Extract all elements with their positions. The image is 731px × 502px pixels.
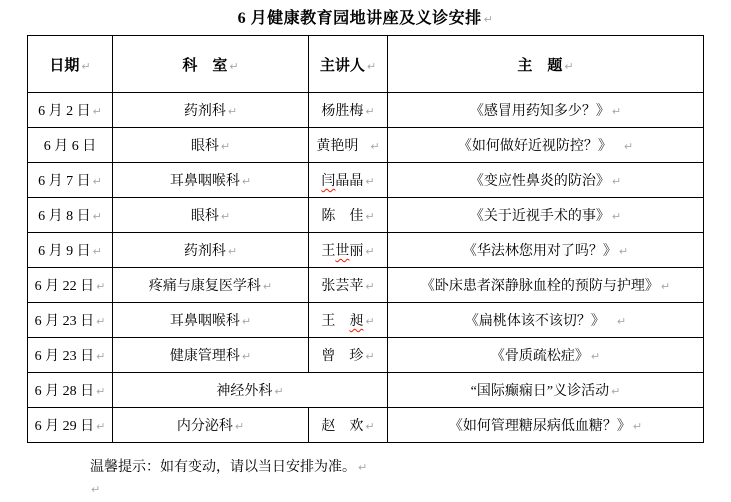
cell-date[interactable]: 6 月 28 日↵ [28,373,113,408]
cell-dept[interactable]: 耳鼻咽喉科↵ [113,163,309,198]
paragraph-mark-icon: ↵ [367,60,376,73]
paragraph-mark-icon: ↵ [242,315,251,328]
spellcheck-underline: 世 [335,244,349,259]
title-text: 6 月健康教育园地讲座及义诊安排 [238,10,482,27]
cell-dept[interactable]: 眼科↵ [113,198,309,233]
paragraph-mark-icon: ↵ [365,280,374,293]
cell-topic[interactable]: 《华法林您用对了吗？》↵ [388,233,704,268]
paragraph-mark-icon: ↵ [365,105,374,118]
table-row: 6 月 22 日↵ 疼痛与康复医学科↵ 张芸苹↵ 《卧床患者深静脉血栓的预防与护… [28,268,704,303]
cell-speaker[interactable]: 黄艳明↵ [309,128,388,163]
cell-dept[interactable]: 药剂科↵ [113,93,309,128]
cell-date[interactable]: 6 月 29 日↵ [28,408,113,443]
document-title[interactable]: 6 月健康教育园地讲座及义诊安排↵ [0,5,731,28]
paragraph-mark-icon: ↵ [228,245,237,258]
header-dept[interactable]: 科 室↵ [113,36,309,93]
cell-date[interactable]: 6 月 9 日↵ [28,233,113,268]
cell-topic[interactable]: 《如何管理糖尿病低血糖？》↵ [388,408,704,443]
paragraph-mark-icon: ↵ [365,245,374,258]
spellcheck-underline: 闫 [321,174,335,189]
paragraph-mark-icon: ↵ [228,105,237,118]
paragraph-mark-icon: ↵ [611,385,620,398]
paragraph-mark-icon: ↵ [358,461,367,474]
table-row: 6 月 7 日↵ 耳鼻咽喉科↵ 闫晶晶↵ 《变应性鼻炎的防治》↵ [28,163,704,198]
empty-paragraph[interactable]: ↵ [89,480,100,498]
paragraph-mark-icon: ↵ [365,175,374,188]
paragraph-mark-icon: ↵ [242,350,251,363]
table-row: 6 月 8 日↵ 眼科↵ 陈 佳↵ 《关于近视手术的事》↵ [28,198,704,233]
cell-date[interactable]: 6 月 22 日↵ [28,268,113,303]
cell-topic[interactable]: 《感冒用药知多少？》↵ [388,93,704,128]
paragraph-mark-icon: ↵ [612,175,621,188]
paragraph-mark-icon: ↵ [91,483,100,496]
header-topic[interactable]: 主 题↵ [388,36,704,93]
table-row: 6 月 29 日↵ 内分泌科↵ 赵 欢↵ 《如何管理糖尿病低血糖？》↵ [28,408,704,443]
spellcheck-underline: 昶 [349,314,363,329]
cell-dept-merged[interactable]: 神经外科↵ [113,373,388,408]
cell-speaker[interactable]: 王 昶↵ [309,303,388,338]
paragraph-mark-icon: ↵ [96,280,105,293]
paragraph-mark-icon: ↵ [221,210,230,223]
paragraph-mark-icon: ↵ [93,105,102,118]
paragraph-mark-icon: ↵ [370,140,379,153]
cell-date[interactable]: 6 月 2 日↵ [28,93,113,128]
paragraph-mark-icon: ↵ [661,280,670,293]
footer-note[interactable]: 温馨提示：如有变动，请以当日安排为准。↵ [90,456,367,476]
header-date[interactable]: 日期↵ [28,36,113,93]
paragraph-mark-icon: ↵ [274,385,283,398]
paragraph-mark-icon: ↵ [93,210,102,223]
cell-topic[interactable]: 《如何做好近视防控？》↵ [388,128,704,163]
cell-date[interactable]: 6 月 23 日↵ [28,338,113,373]
table-row: 6 月 28 日↵ 神经外科↵ “国际癫痫日”义诊活动↵ [28,373,704,408]
cell-dept[interactable]: 疼痛与康复医学科↵ [113,268,309,303]
document-page: 6 月健康教育园地讲座及义诊安排↵ 日期↵ 科 室↵ 主讲人↵ 主 题↵ 6 月… [0,0,731,502]
paragraph-mark-icon: ↵ [81,60,90,73]
paragraph-mark-icon: ↵ [229,60,238,73]
cell-speaker[interactable]: 杨胜梅↵ [309,93,388,128]
paragraph-mark-icon: ↵ [624,140,633,153]
table-row: 6 月 9 日↵ 药剂科↵ 王世丽↵ 《华法林您用对了吗？》↵ [28,233,704,268]
cell-dept[interactable]: 健康管理科↵ [113,338,309,373]
cell-speaker[interactable]: 闫晶晶↵ [309,163,388,198]
paragraph-mark-icon: ↵ [365,350,374,363]
paragraph-mark-icon: ↵ [612,210,621,223]
paragraph-mark-icon: ↵ [96,315,105,328]
cell-date[interactable]: 6 月 6 日 [28,128,113,163]
paragraph-mark-icon: ↵ [617,315,626,328]
paragraph-mark-icon: ↵ [619,245,628,258]
schedule-table: 日期↵ 科 室↵ 主讲人↵ 主 题↵ 6 月 2 日↵ 药剂科↵ 杨胜梅↵ 《感… [27,35,704,443]
cell-dept[interactable]: 耳鼻咽喉科↵ [113,303,309,338]
paragraph-mark-icon: ↵ [633,420,642,433]
cell-speaker[interactable]: 曾 珍↵ [309,338,388,373]
cell-topic[interactable]: 《变应性鼻炎的防治》↵ [388,163,704,198]
cell-speaker[interactable]: 王世丽↵ [309,233,388,268]
table-row: 6 月 6 日 眼科↵ 黄艳明↵ 《如何做好近视防控？》↵ [28,128,704,163]
paragraph-mark-icon: ↵ [591,350,600,363]
paragraph-mark-icon: ↵ [263,280,272,293]
cell-topic[interactable]: 《骨质疏松症》↵ [388,338,704,373]
cell-date[interactable]: 6 月 8 日↵ [28,198,113,233]
paragraph-mark-icon: ↵ [612,105,621,118]
paragraph-mark-icon: ↵ [93,245,102,258]
paragraph-mark-icon: ↵ [93,175,102,188]
paragraph-mark-icon: ↵ [96,350,105,363]
cell-speaker[interactable]: 陈 佳↵ [309,198,388,233]
paragraph-mark-icon: ↵ [564,60,573,73]
paragraph-mark-icon: ↵ [235,420,244,433]
cell-date[interactable]: 6 月 7 日↵ [28,163,113,198]
cell-dept[interactable]: 药剂科↵ [113,233,309,268]
cell-date[interactable]: 6 月 23 日↵ [28,303,113,338]
table-row: 6 月 2 日↵ 药剂科↵ 杨胜梅↵ 《感冒用药知多少？》↵ [28,93,704,128]
table-row: 6 月 23 日↵ 健康管理科↵ 曾 珍↵ 《骨质疏松症》↵ [28,338,704,373]
paragraph-mark-icon: ↵ [221,140,230,153]
paragraph-mark-icon: ↵ [96,420,105,433]
cell-topic[interactable]: “国际癫痫日”义诊活动↵ [388,373,704,408]
header-row: 日期↵ 科 室↵ 主讲人↵ 主 题↵ [28,36,704,93]
paragraph-mark-icon: ↵ [365,315,374,328]
paragraph-mark-icon: ↵ [484,13,494,26]
header-speaker[interactable]: 主讲人↵ [309,36,388,93]
paragraph-mark-icon: ↵ [96,385,105,398]
cell-dept[interactable]: 眼科↵ [113,128,309,163]
cell-speaker[interactable]: 张芸苹↵ [309,268,388,303]
table-row: 6 月 23 日↵ 耳鼻咽喉科↵ 王 昶↵ 《扁桃体该不该切？》↵ [28,303,704,338]
paragraph-mark-icon: ↵ [242,175,251,188]
cell-speaker[interactable]: 赵 欢↵ [309,408,388,443]
paragraph-mark-icon: ↵ [365,420,374,433]
cell-topic[interactable]: 《关于近视手术的事》↵ [388,198,704,233]
cell-topic[interactable]: 《卧床患者深静脉血栓的预防与护理》↵ [388,268,704,303]
cell-topic[interactable]: 《扁桃体该不该切？》↵ [388,303,704,338]
cell-dept[interactable]: 内分泌科↵ [113,408,309,443]
footer-note-text: 温馨提示：如有变动，请以当日安排为准。 [90,460,356,475]
paragraph-mark-icon: ↵ [365,210,374,223]
